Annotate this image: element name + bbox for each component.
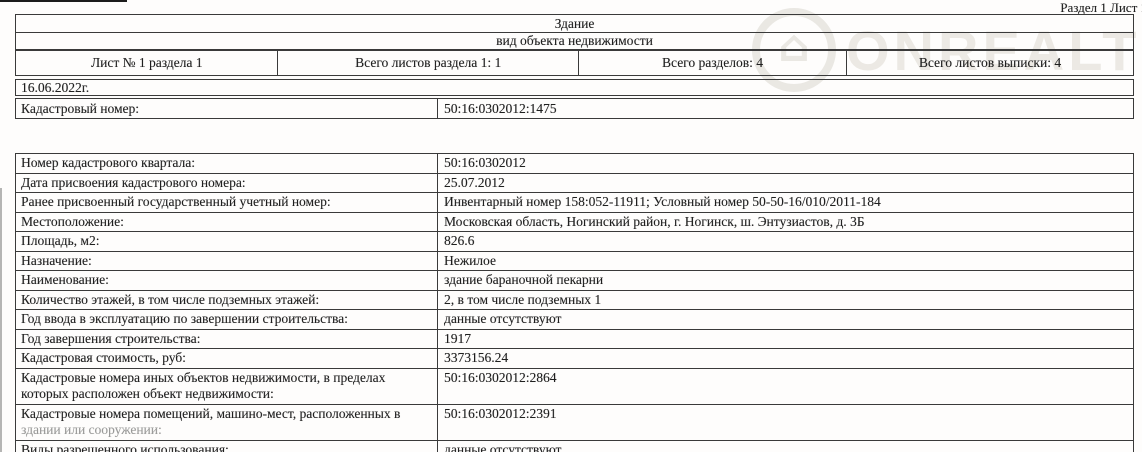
- row-value: Московская область, Ногинский район, г. …: [438, 213, 1133, 232]
- table-row: Виды разрешенного использования: данные …: [16, 441, 1133, 452]
- table-row: Кадастровая стоимость, руб: 3373156.24: [16, 349, 1133, 369]
- object-type-subtitle: вид объекта недвижимости: [16, 33, 1133, 49]
- extract-sheets-total-cell: Всего листов выписки: 4: [847, 51, 1133, 75]
- table-row: Кадастровые номера помещений, машино-мес…: [16, 405, 1133, 441]
- sections-total-cell: Всего разделов: 4: [579, 51, 847, 75]
- row-value: 2, в том числе подземных 1: [438, 291, 1133, 310]
- row-label: Кадастровые номера помещений, машино-мес…: [16, 405, 438, 440]
- row-value: 826.6: [438, 232, 1133, 251]
- table-row: Количество этажей, в том числе подземных…: [16, 291, 1133, 311]
- table-row: Кадастровые номера иных объектов недвижи…: [16, 369, 1133, 405]
- cadastral-number-row: Кадастровый номер: 50:16:0302012:1475: [15, 98, 1134, 119]
- date-row: 16.06.2022г.: [15, 79, 1134, 96]
- row-value: здание бараночной пекарни: [438, 271, 1133, 290]
- row-label: Назначение:: [16, 252, 438, 271]
- row-value: Инвентарный номер 158:052-11911; Условны…: [438, 193, 1133, 212]
- scan-artifact-line: [0, 0, 127, 2]
- table-row: Наименование: здание бараночной пекарни: [16, 271, 1133, 291]
- table-row: Ранее присвоенный государственный учетны…: [16, 193, 1133, 213]
- row-value: 25.07.2012: [438, 174, 1133, 193]
- row-value: 50:16:0302012:2864: [438, 369, 1133, 404]
- table-row: Дата присвоения кадастрового номера: 25.…: [16, 174, 1133, 194]
- table-row: Номер кадастрового квартала: 50:16:03020…: [16, 154, 1133, 174]
- row-label: Номер кадастрового квартала:: [16, 154, 438, 173]
- cadastral-number-label: Кадастровый номер:: [16, 99, 438, 118]
- object-type-header: Здание вид объекта недвижимости: [15, 14, 1134, 50]
- object-type-title: Здание: [16, 15, 1133, 33]
- row-value: 3373156.24: [438, 349, 1133, 368]
- table-row: Площадь, м2: 826.6: [16, 232, 1133, 252]
- scanned-document-page: ⌂ ONREALT Раздел 1 Лист 1 Здание вид объ…: [0, 0, 1142, 452]
- table-row: Год ввода в эксплуатацию по завершении с…: [16, 310, 1133, 330]
- row-label: Дата присвоения кадастрового номера:: [16, 174, 438, 193]
- row-value: 50:16:0302012:2391: [438, 405, 1133, 440]
- row-label: Площадь, м2:: [16, 232, 438, 251]
- table-row: Местоположение: Московская область, Ноги…: [16, 213, 1133, 233]
- row-value: данные отсутствуют: [438, 441, 1133, 452]
- row-label: Количество этажей, в том числе подземных…: [16, 291, 438, 310]
- row-label: Ранее присвоенный государственный учетны…: [16, 193, 438, 212]
- details-table: Номер кадастрового квартала: 50:16:03020…: [15, 153, 1134, 452]
- table-row: Назначение: Нежилое: [16, 252, 1133, 272]
- row-value: 1917: [438, 330, 1133, 349]
- row-value: 50:16:0302012: [438, 154, 1133, 173]
- row-label: Наименование:: [16, 271, 438, 290]
- row-label: Кадастровая стоимость, руб:: [16, 349, 438, 368]
- scan-artifact-edge: [0, 188, 2, 452]
- row-value: данные отсутствуют: [438, 310, 1133, 329]
- sheet-number-cell: Лист № 1 раздела 1: [16, 51, 278, 75]
- row-label: Местоположение:: [16, 213, 438, 232]
- row-value: Нежилое: [438, 252, 1133, 271]
- sheet-counters-row: Лист № 1 раздела 1 Всего листов раздела …: [15, 50, 1134, 76]
- row-label: Год ввода в эксплуатацию по завершении с…: [16, 310, 438, 329]
- row-label: Кадастровые номера иных объектов недвижи…: [16, 369, 438, 404]
- row-label: Год завершения строительства:: [16, 330, 438, 349]
- section-sheets-total-cell: Всего листов раздела 1: 1: [278, 51, 578, 75]
- row-label: Виды разрешенного использования:: [16, 441, 438, 452]
- cadastral-number-value: 50:16:0302012:1475: [438, 99, 1133, 118]
- table-row: Год завершения строительства: 1917: [16, 330, 1133, 350]
